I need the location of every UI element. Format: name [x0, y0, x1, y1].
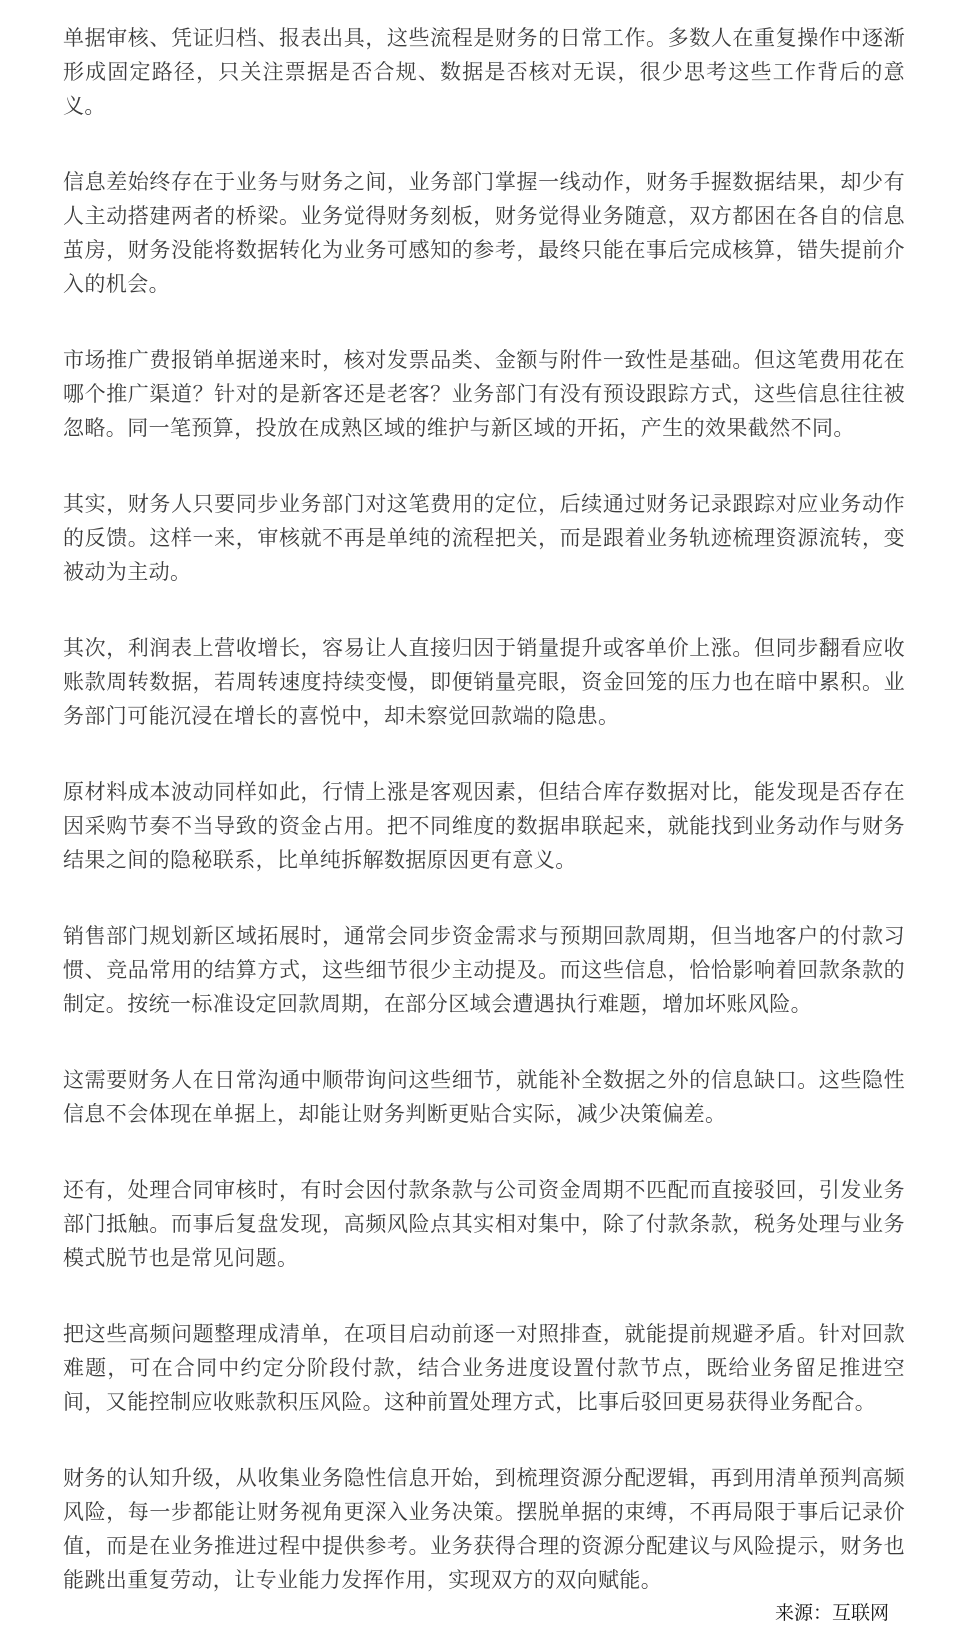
paragraph-6: 原材料成本波动同样如此，行情上涨是客观因素，但结合库存数据对比，能发现是否存在因… [63, 776, 905, 878]
paragraph-10: 把这些高频问题整理成清单，在项目启动前逐一对照排查，就能提前规避矛盾。针对回款难… [63, 1318, 905, 1420]
paragraph-3: 市场推广费报销单据递来时，核对发票品类、金额与附件一致性是基础。但这笔费用花在哪… [63, 344, 905, 446]
paragraph-1: 单据审核、凭证归档、报表出具，这些流程是财务的日常工作。多数人在重复操作中逐渐形… [63, 22, 905, 124]
source-attribution: 来源：互联网 [63, 1600, 905, 1628]
paragraph-5: 其次，利润表上营收增长，容易让人直接归因于销量提升或客单价上涨。但同步翻看应收账… [63, 632, 905, 734]
article-body: 单据审核、凭证归档、报表出具，这些流程是财务的日常工作。多数人在重复操作中逐渐形… [0, 0, 968, 1628]
paragraph-9: 还有，处理合同审核时，有时会因付款条款与公司资金周期不匹配而直接驳回，引发业务部… [63, 1174, 905, 1276]
paragraph-4: 其实，财务人只要同步业务部门对这笔费用的定位，后续通过财务记录跟踪对应业务动作的… [63, 488, 905, 590]
paragraph-2: 信息差始终存在于业务与财务之间，业务部门掌握一线动作，财务手握数据结果，却少有人… [63, 166, 905, 302]
paragraph-7: 销售部门规划新区域拓展时，通常会同步资金需求与预期回款周期，但当地客户的付款习惯… [63, 920, 905, 1022]
paragraph-8: 这需要财务人在日常沟通中顺带询问这些细节，就能补全数据之外的信息缺口。这些隐性信… [63, 1064, 905, 1132]
paragraph-11: 财务的认知升级，从收集业务隐性信息开始，到梳理资源分配逻辑，再到用清单预判高频风… [63, 1462, 905, 1598]
